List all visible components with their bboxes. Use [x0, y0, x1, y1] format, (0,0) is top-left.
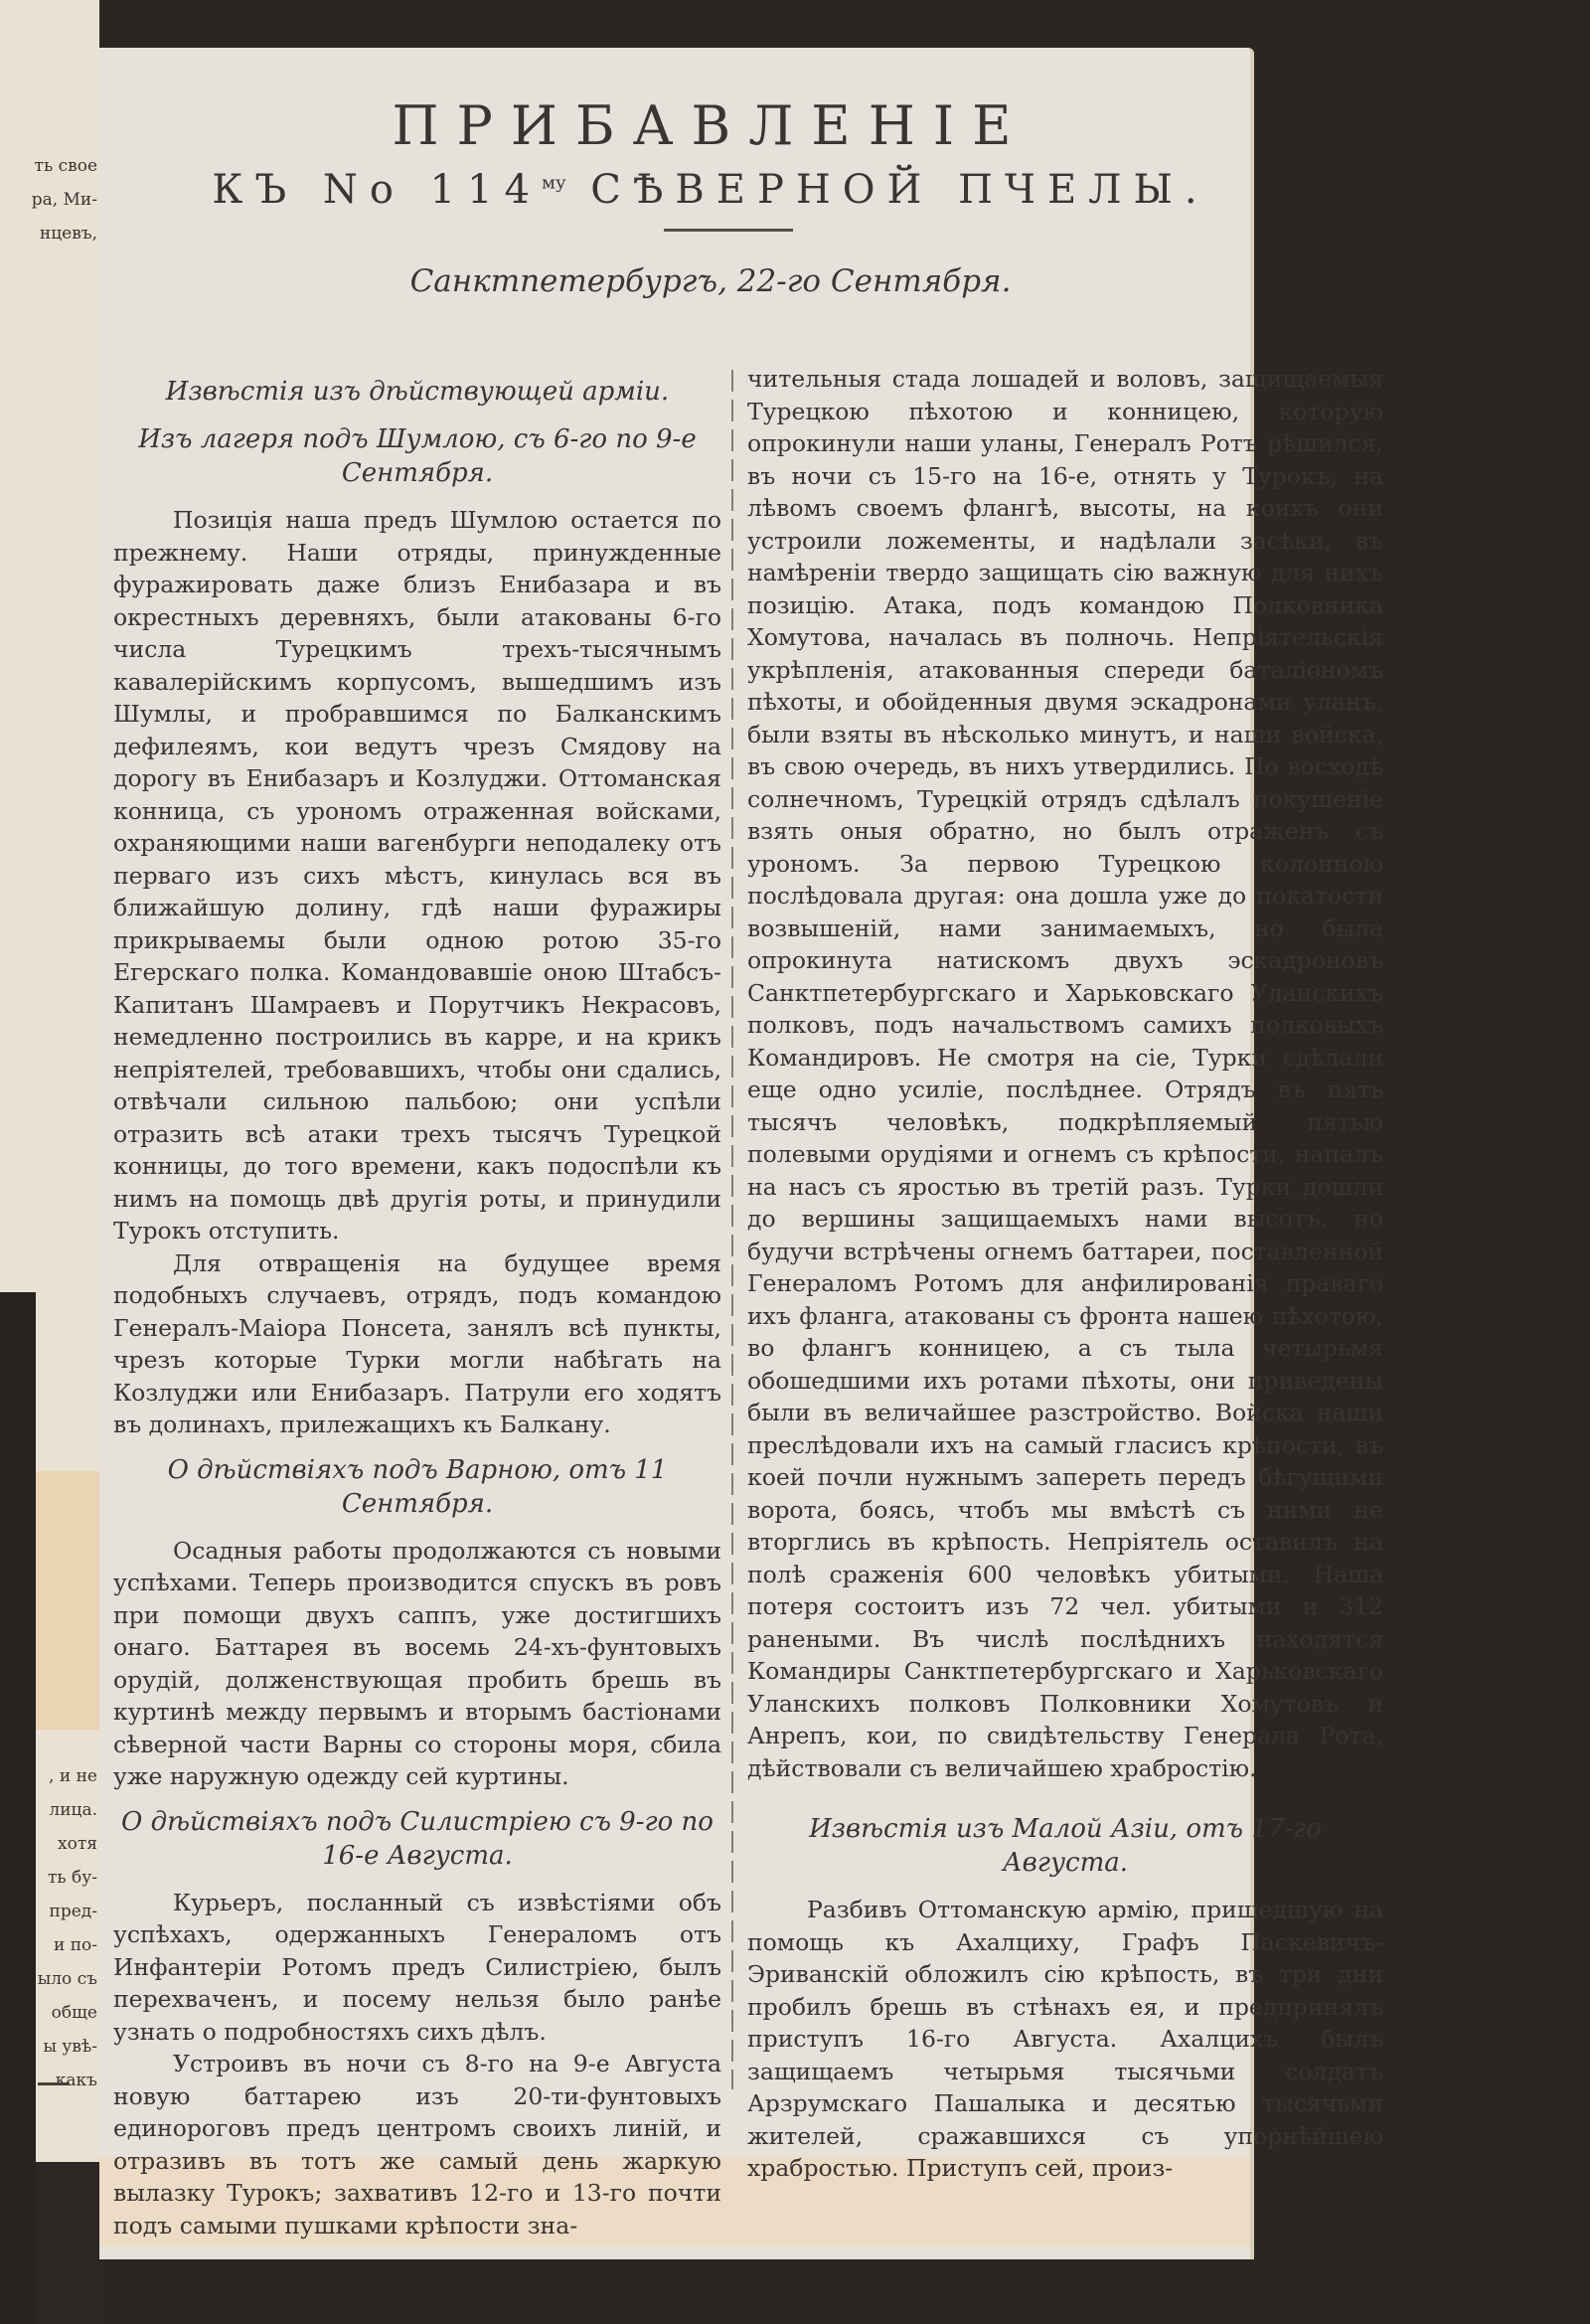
fragment-line: и по-	[4, 1928, 97, 1962]
fragment-line: , и не	[4, 1759, 97, 1793]
paragraph-continued: чительныя стада лошадей и воловъ, защища…	[747, 363, 1383, 1784]
newspaper-name: СѢВЕРНОЙ ПЧЕЛЫ.	[590, 167, 1208, 213]
left-column: Извѣстія изъ дѣйствующей арміи. Изъ лаге…	[113, 363, 721, 2241]
subsection-heading-silistria: О дѣйствіяхъ подъ Силистріею съ 9-го по …	[113, 1805, 721, 1873]
paragraph: Устроивъ въ ночи съ 8-го на 9-е Августа …	[113, 2048, 721, 2241]
fragment-line: ы увѣ-	[4, 2030, 97, 2064]
paragraph: Курьеръ, посланный съ извѣстіями объ усп…	[113, 1887, 721, 2049]
subsection-heading-shumla: Изъ лагеря подъ Шумлою, съ 6-го по 9-е С…	[113, 422, 721, 490]
fragment-line: ыло съ	[4, 1962, 97, 1996]
masthead-rule	[664, 229, 793, 232]
subsection-heading-asia-minor: Извѣстія изъ Малой Азіи, отъ 17-го Авгус…	[747, 1812, 1383, 1880]
previous-page-fragment-bottom: , и не лица. хотя ть бу- пред- и по- ыло…	[4, 1759, 97, 2097]
subsection-heading-varna: О дѣйствіяхъ подъ Варною, отъ 11 Сентябр…	[113, 1453, 721, 1521]
fragment-line: какъ	[4, 2064, 97, 2097]
issue-suffix: му	[542, 173, 566, 194]
dateline: Санктпетербургъ, 22-го Сентября.	[0, 263, 1421, 299]
fragment-line: обще	[4, 1996, 97, 2030]
fragment-line: ть бу-	[4, 1861, 97, 1895]
paragraph: Для отвращенія на будущее время подобных…	[113, 1247, 721, 1441]
paragraph: Разбивъ Оттоманскую армію, пришедшую на …	[747, 1894, 1383, 2185]
fragment-rule	[38, 2082, 70, 2085]
paragraph: Осадныя работы продолжаются съ новыми ус…	[113, 1535, 721, 1793]
paragraph: Позиція наша предъ Шумлою остается по пр…	[113, 504, 721, 1247]
issue-number: КЪ No 114	[212, 167, 542, 213]
column-divider	[731, 370, 733, 2089]
masthead-title: ПРИБАВЛЕНІЕ	[0, 94, 1421, 157]
fragment-line: хотя	[4, 1827, 97, 1861]
fragment-line: нцевъ,	[4, 217, 97, 250]
section-heading: Извѣстія изъ дѣйствующей арміи.	[113, 375, 721, 409]
masthead-subtitle: КЪ No 114му СѢВЕРНОЙ ПЧЕЛЫ.	[0, 167, 1421, 213]
right-column: чительныя стада лошадей и воловъ, защища…	[747, 363, 1383, 2185]
fragment-line: пред-	[4, 1895, 97, 1928]
fragment-line: лица.	[4, 1793, 97, 1827]
